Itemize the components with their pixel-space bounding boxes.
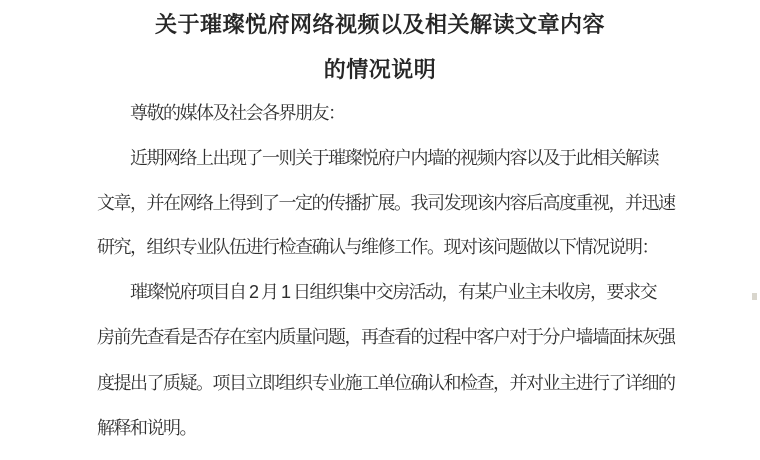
scanned-statement-page: 关于璀璨悦府网络视频以及相关解读文章内容 的情况说明 尊敬的媒体及社会各界朋友：… — [0, 0, 760, 460]
body-line-paragraph2-start: 璀璨悦府项目自 2 月 1 日组织集中交房活动，有某户业主未收房，要求交 — [130, 281, 656, 303]
document-title-line-2: 的情况说明 — [0, 57, 760, 83]
body-line-closing: 解释和说明。 — [97, 417, 196, 439]
body-line: 研究，组织专业队伍进行检查确认与维修工作。现对该问题做以下情况说明： — [97, 236, 658, 258]
body-line: 房前先查看是否存在室内质量问题，再查看的过程中客户对于分户墙墙面抹灰强 — [97, 326, 675, 348]
body-line: 文章，并在网络上得到了一定的传播扩展。我司发现该内容后高度重视，并迅速 — [97, 192, 675, 214]
body-line-paragraph1-start: 近期网络上出现了一则关于璀璨悦府户内墙的视频内容以及于此相关解读 — [130, 147, 658, 169]
body-line: 度提出了质疑。项目立即组织专业施工单位确认和检查，并对业主进行了详细的 — [97, 372, 675, 394]
document-title-line-1: 关于璀璨悦府网络视频以及相关解读文章内容 — [0, 12, 760, 38]
salutation-line: 尊敬的媒体及社会各界朋友： — [130, 102, 345, 124]
scan-artifact-speck — [752, 293, 757, 300]
